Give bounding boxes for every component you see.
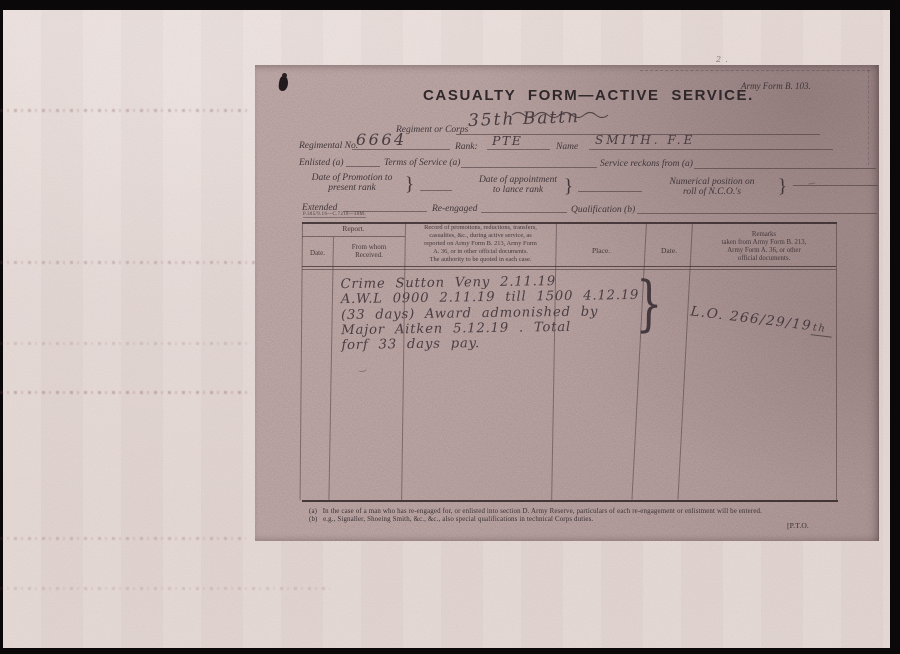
col-date2-header: Date.	[646, 247, 692, 256]
enlisted-label: Enlisted (a)	[299, 158, 344, 168]
report-underline	[302, 236, 405, 237]
promotion-label-line2: present rank	[299, 183, 405, 193]
col-remarks-header: Remarks taken from Army Form B. 213, Arm…	[692, 231, 836, 263]
table-bottom-border	[302, 500, 838, 502]
pto-mark: [P.T.O.	[787, 521, 809, 530]
rank-line	[487, 149, 550, 150]
header-bottom-line2	[302, 269, 836, 270]
numerical-label-line1: Numerical position on	[647, 177, 777, 187]
table-top-border	[302, 222, 837, 224]
stray-mark	[808, 179, 816, 185]
col-from-whom-header: From whom Received.	[333, 243, 405, 259]
col-place-header: Place.	[556, 247, 646, 256]
rank-value: PTE	[492, 135, 522, 148]
remarks-line2: taken from Army Form B. 213,	[692, 239, 836, 247]
regimental-no-line	[352, 149, 450, 150]
table-right-border	[836, 222, 837, 500]
numerical-label: Numerical position on roll of N.C.O.'s	[647, 177, 777, 198]
record-line3: reported on Army Form B. 213, Army Form	[405, 240, 556, 248]
from-whom-line1: From whom	[333, 243, 405, 251]
name-line	[589, 149, 833, 150]
scan-streak	[0, 537, 246, 540]
service-reckons-line	[694, 168, 876, 169]
remarks-line3: Army Form A. 36, or other	[692, 247, 836, 255]
appointment-line	[578, 191, 642, 192]
enlisted-line	[346, 166, 380, 167]
footnote-b: (b) e.g., Signaller, Shoeing Smith, &c.,…	[309, 516, 593, 524]
appointment-label: Date of appointment to lance rank	[472, 175, 564, 196]
regimental-no-label: Regimental No.	[299, 141, 358, 151]
remarks-entry-flourish: th	[811, 322, 833, 337]
name-label: Name	[556, 142, 578, 152]
scanned-document: 2. Army Form B. 103. CASUALTY FORM—ACTIV…	[0, 0, 900, 654]
promotion-line	[420, 190, 452, 191]
record-line4: A. 36, or in other official documents.	[405, 248, 556, 256]
scan-streak	[0, 342, 250, 345]
re-engaged-line	[481, 212, 567, 213]
terms-label: Terms of Service (a)	[384, 158, 460, 168]
terms-line	[461, 167, 597, 168]
qualification-line	[637, 213, 877, 214]
scan-streak	[0, 587, 330, 590]
remarks-line4: official documents.	[692, 255, 836, 263]
remarks-line1: Remarks	[692, 231, 836, 239]
numerical-label-line2: roll of N.C.O.'s	[647, 187, 777, 197]
appointment-label-line2: to lance rank	[472, 185, 564, 195]
qualification-label: Qualification (b)	[571, 205, 635, 215]
record-line1: Record of promotions, reductions, transf…	[405, 224, 556, 232]
ink-blot	[282, 73, 287, 78]
record-line2: casualties, &c., during active service, …	[405, 232, 556, 240]
appointment-brace: }	[564, 176, 573, 198]
service-reckons-label: Service reckons from (a)	[600, 159, 693, 169]
form-border-right	[868, 70, 869, 165]
header-bottom-line	[302, 266, 836, 267]
appointment-label-line1: Date of appointment	[472, 175, 564, 185]
report-header: Report.	[302, 225, 405, 234]
numerical-line	[793, 185, 878, 186]
corner-mark: 2.	[716, 56, 732, 64]
scan-streak	[0, 391, 248, 394]
form-border-top	[640, 70, 870, 71]
handwritten-brace: }	[635, 276, 662, 333]
print-code: P.305/9.16—C.7218—30M.	[303, 212, 366, 218]
col-record-header: Record of promotions, reductions, transf…	[405, 224, 556, 264]
promotion-brace: }	[405, 174, 414, 196]
handwritten-entry: Crime Sutton Veny 2.11.19 A.W.L 0900 2.1…	[340, 273, 639, 354]
scan-streak	[0, 109, 252, 112]
rank-label: Rank:	[455, 142, 478, 152]
name-value: SMITH. F.E	[595, 134, 695, 146]
numerical-brace: }	[778, 176, 787, 198]
col-date-header: Date.	[302, 249, 333, 257]
re-engaged-label: Re-engaged	[432, 204, 477, 214]
record-line5: The authority to be quoted in each case.	[405, 256, 556, 264]
promotion-label: Date of Promotion to present rank	[299, 173, 405, 194]
promotion-label-line1: Date of Promotion to	[299, 173, 405, 183]
regimental-no-value: 6664	[356, 132, 407, 148]
page-title: CASUALTY FORM—ACTIVE SERVICE.	[423, 87, 754, 104]
regiment-value: 35th Battn	[468, 109, 581, 130]
from-whom-line2: Received.	[333, 251, 405, 259]
